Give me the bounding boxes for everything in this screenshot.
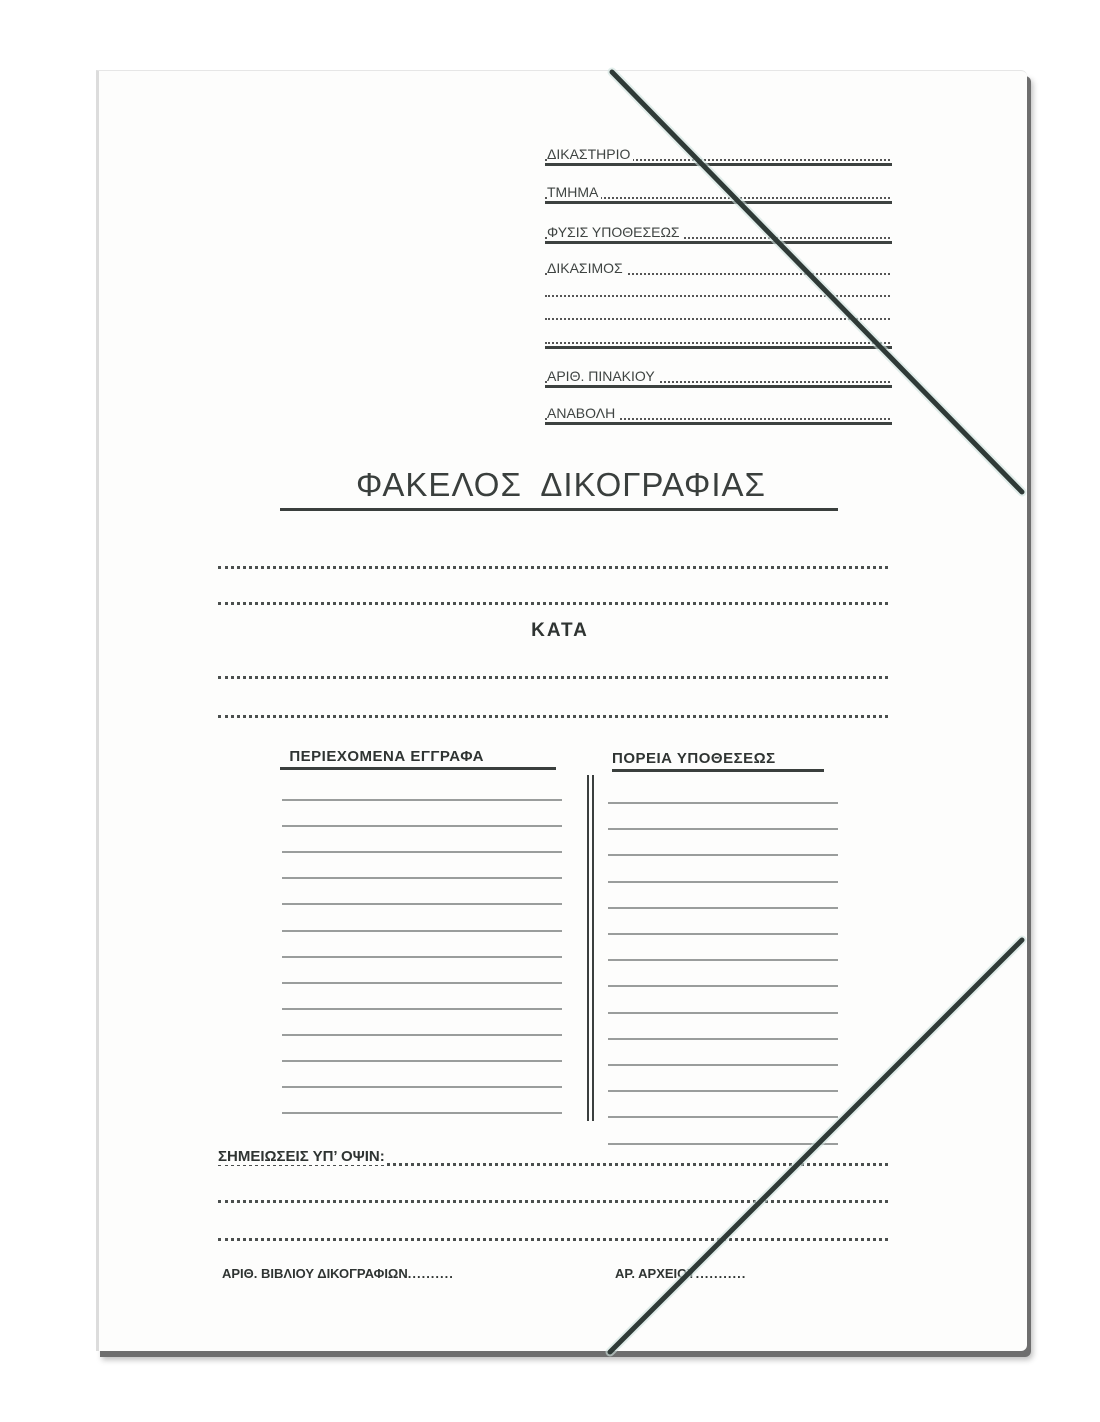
- title-underline: [280, 508, 838, 511]
- case-progress-heading-underline: [612, 769, 824, 772]
- field-case-nature[interactable]: ΦΥΣΙΣ ΥΠΟΘΕΣΕΩΣ: [545, 222, 892, 244]
- ruled-line[interactable]: [282, 956, 562, 958]
- ruled-line[interactable]: [608, 1012, 838, 1014]
- column-divider: [592, 775, 594, 1121]
- ruled-line[interactable]: [282, 1086, 562, 1088]
- document-title: ΦΑΚΕΛΟΣ ΔΙΚΟΓΡΑΦΙΑΣ: [282, 466, 840, 504]
- ruled-line[interactable]: [282, 1112, 562, 1114]
- plaintiff-line[interactable]: [218, 566, 888, 569]
- ruled-line[interactable]: [282, 851, 562, 853]
- column-divider: [587, 775, 589, 1121]
- ruled-line[interactable]: [608, 881, 838, 883]
- field-court[interactable]: ΔΙΚΑΣΤΗΡΙΟ: [545, 144, 892, 166]
- field-label: ΑΝΑΒΟΛΗ: [547, 405, 618, 421]
- case-progress-heading: ΠΟΡΕΙΑ ΥΠΟΘΕΣΕΩΣ: [612, 750, 776, 767]
- field-label: ΔΙΚΑΣΤΗΡΙΟ: [547, 146, 633, 162]
- ruled-line[interactable]: [282, 982, 562, 984]
- ruled-line[interactable]: [282, 825, 562, 827]
- ruled-line[interactable]: [608, 854, 838, 856]
- notes-label: ΣΗΜΕΙΩΣΕΙΣ ΥΠ’ ΟΨΙΝ:: [218, 1148, 387, 1165]
- ruled-line[interactable]: [608, 985, 838, 987]
- plaintiff-line[interactable]: [218, 602, 888, 605]
- ruled-line[interactable]: [282, 799, 562, 801]
- archive-number-field[interactable]: ΑΡ. ΑΡΧΕΙΟΥ...........: [615, 1266, 746, 1281]
- ruled-line[interactable]: [282, 903, 562, 905]
- case-book-number-field[interactable]: ΑΡΙΘ. ΒΙΒΛΙΟΥ ΔΙΚΟΓΡΑΦΙΩΝ..........: [222, 1266, 454, 1281]
- field-label: ΤΜΗΜΑ: [547, 184, 601, 200]
- ruled-line[interactable]: [282, 1060, 562, 1062]
- case-book-number-label: ΑΡΙΘ. ΒΙΒΛΙΟΥ ΔΙΚΟΓΡΑΦΙΩΝ: [222, 1266, 408, 1281]
- ruled-line[interactable]: [608, 802, 838, 804]
- ruled-line[interactable]: [282, 1034, 562, 1036]
- ruled-line[interactable]: [282, 930, 562, 932]
- ruled-line[interactable]: [608, 959, 838, 961]
- field-label: ΔΙΚΑΣΙΜΟΣ: [547, 260, 626, 276]
- archive-number-label: ΑΡ. ΑΡΧΕΙΟΥ: [615, 1266, 696, 1281]
- field-label: ΑΡΙΘ. ΠΙΝΑΚΙΟΥ: [547, 368, 658, 384]
- ruled-line[interactable]: [608, 1038, 838, 1040]
- ruled-line[interactable]: [608, 828, 838, 830]
- ruled-line[interactable]: [608, 1143, 838, 1145]
- ruled-line[interactable]: [608, 933, 838, 935]
- ruled-line[interactable]: [608, 907, 838, 909]
- field-department[interactable]: ΤΜΗΜΑ: [545, 182, 892, 204]
- field-blank-line[interactable]: [545, 280, 892, 302]
- ruled-line[interactable]: [282, 877, 562, 879]
- defendant-line[interactable]: [218, 676, 888, 679]
- ruled-line[interactable]: [608, 1064, 838, 1066]
- field-blank-line[interactable]: [545, 327, 892, 349]
- field-hearing-date[interactable]: ΔΙΚΑΣΙΜΟΣ: [545, 258, 892, 280]
- defendant-line[interactable]: [218, 715, 888, 718]
- notes-line[interactable]: [218, 1238, 888, 1241]
- ruled-line[interactable]: [608, 1090, 838, 1092]
- field-docket-number[interactable]: ΑΡΙΘ. ΠΙΝΑΚΙΟΥ: [545, 366, 892, 388]
- field-postponement[interactable]: ΑΝΑΒΟΛΗ: [545, 403, 892, 425]
- contents-heading-underline: [280, 767, 556, 770]
- field-blank-line[interactable]: [545, 303, 892, 325]
- versus-label: ΚΑΤΑ: [460, 620, 660, 642]
- contents-heading: ΠΕΡΙΕΧΟΜΕΝΑ ΕΓΓΡΑΦΑ: [280, 748, 484, 765]
- ruled-line[interactable]: [608, 1116, 838, 1118]
- ruled-line[interactable]: [282, 1008, 562, 1010]
- field-label: ΦΥΣΙΣ ΥΠΟΘΕΣΕΩΣ: [547, 224, 683, 240]
- notes-line[interactable]: [218, 1200, 888, 1203]
